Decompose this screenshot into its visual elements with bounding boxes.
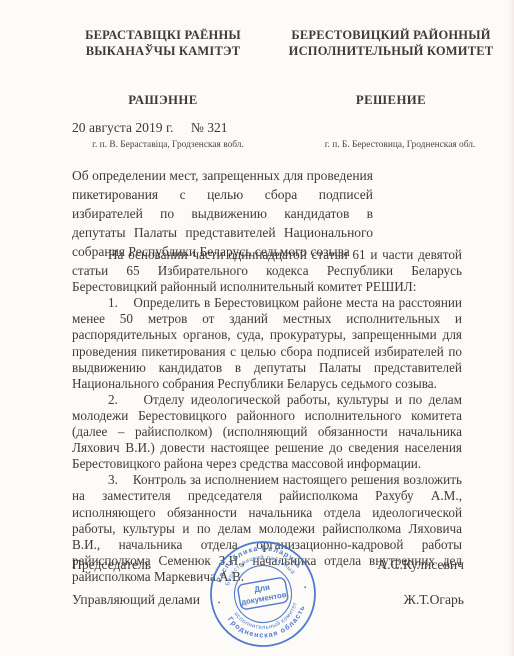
org-name-belarusian: БЕРАСТАВІЦКІ РАЁННЫ ВЫКАНАЎЧЫ КАМІТЭТ: [54, 28, 272, 59]
org-name-russian-line1: БЕРЕСТОВИЦКИЙ РАЙОННЫЙ: [284, 28, 498, 44]
org-name-russian-line2: ИСПОЛНИТЕЛЬНЫЙ КОМИТЕТ: [284, 44, 498, 60]
doc-type-russian: РЕШЕНИЕ: [284, 93, 498, 108]
stamp-separator-right: •: [304, 584, 308, 591]
document-page: БЕРАСТАВІЦКІ РАЁННЫ ВЫКАНАЎЧЫ КАМІТЭТ БЕ…: [0, 0, 514, 656]
doc-date: 20 августа 2019 г.: [72, 120, 173, 135]
doc-type-belarusian: РАШЭННЕ: [54, 93, 272, 108]
signature-role-chairman: Председатель: [72, 557, 151, 573]
org-name-russian: БЕРЕСТОВИЦКИЙ РАЙОННЫЙ ИСПОЛНИТЕЛЬНЫЙ КО…: [284, 28, 498, 59]
body-paragraph-intro: На основании части одиннадцатой статьи 6…: [72, 247, 462, 295]
org-name-belarusian-line2: ВЫКАНАЎЧЫ КАМІТЭТ: [54, 44, 272, 60]
place-russian: г. п. Б. Берестовица, Гродненская обл.: [294, 140, 506, 150]
body-paragraph-item2: 2. Отделу идеологической работы, культур…: [72, 392, 462, 472]
signature-role-affairs-manager: Управляющий делами: [72, 592, 200, 608]
body-paragraph-item1: 1. Определить в Берестовицком районе мес…: [72, 295, 462, 392]
date-number-line: 20 августа 2019 г. № 321: [72, 120, 228, 136]
stamp-separator-left: •: [217, 599, 221, 606]
signature-name-affairs-manager: Ж.Т.Огарь: [404, 592, 464, 608]
official-stamp-icon: Республика Беларусь Гродненская область …: [199, 530, 326, 656]
doc-body: На основании части одиннадцатой статьи 6…: [72, 247, 462, 585]
org-name-belarusian-line1: БЕРАСТАВІЦКІ РАЁННЫ: [54, 28, 272, 44]
signature-name-chairman: А.С.Кулисевич: [377, 557, 464, 573]
place-belarusian: г. п. В. Бераставіца, Гродзенская вобл.: [58, 140, 278, 150]
doc-number: № 321: [191, 120, 228, 135]
